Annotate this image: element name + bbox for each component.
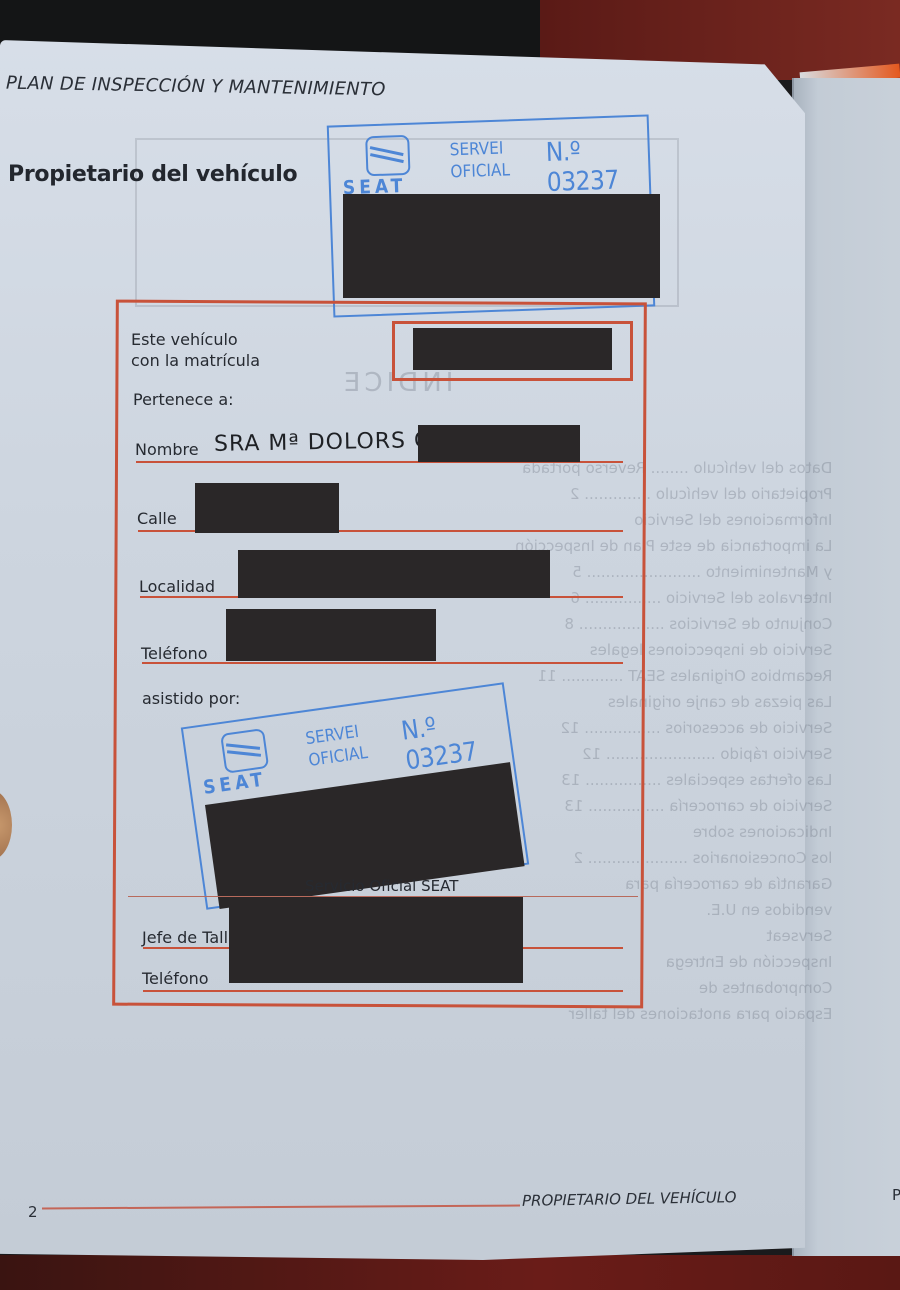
city-label: Localidad	[139, 577, 215, 596]
redaction-surname	[418, 425, 580, 462]
footer-title: PROPIETARIO DEL VEHÍCULO	[522, 1188, 737, 1210]
stamp-service-label: SERVEI OFICIAL	[449, 137, 510, 183]
right-page-footer-initial: P	[892, 1186, 900, 1204]
phone-label: Teléfono	[141, 644, 208, 663]
workshop-chief-label: Jefe de Tall	[142, 928, 228, 947]
belongs-to-label: Pertenece a:	[133, 390, 234, 409]
redaction-city	[238, 550, 550, 598]
redaction-phone	[226, 609, 436, 661]
stamp-brand: SEAT	[202, 768, 268, 799]
seat-logo-icon	[365, 135, 410, 177]
background-red-floor	[0, 1255, 900, 1290]
stamp-line2: OFICIAL	[450, 159, 510, 183]
service-caption: Servicio Oficial SEAT	[305, 877, 458, 895]
workshop-phone-rule	[143, 990, 623, 992]
redaction-street	[195, 483, 339, 533]
street-label: Calle	[137, 509, 177, 528]
name-value[interactable]: SRA Mª DOLORS G	[214, 428, 432, 457]
workshop-phone-label: Teléfono	[142, 969, 209, 988]
redaction-workshop-chief	[229, 897, 523, 983]
phone-rule	[142, 662, 623, 664]
vehicle-label-line2: con la matrícula	[131, 351, 260, 370]
redaction-license-plate	[413, 328, 612, 370]
page-number: 2	[28, 1203, 38, 1221]
vehicle-label-line1: Este vehículo	[131, 330, 238, 349]
page-title: Propietario del vehículo	[8, 162, 297, 187]
stamp-number: N.º 03237	[545, 134, 649, 198]
assisted-by-label: asistido por:	[142, 689, 240, 708]
name-label: Nombre	[135, 440, 199, 459]
stamp-service-label: SERVEI OFICIAL	[304, 720, 369, 772]
stamp-line1: SERVEI	[449, 137, 509, 161]
seat-logo-icon	[220, 728, 269, 774]
redaction-dealer-address	[343, 194, 660, 298]
